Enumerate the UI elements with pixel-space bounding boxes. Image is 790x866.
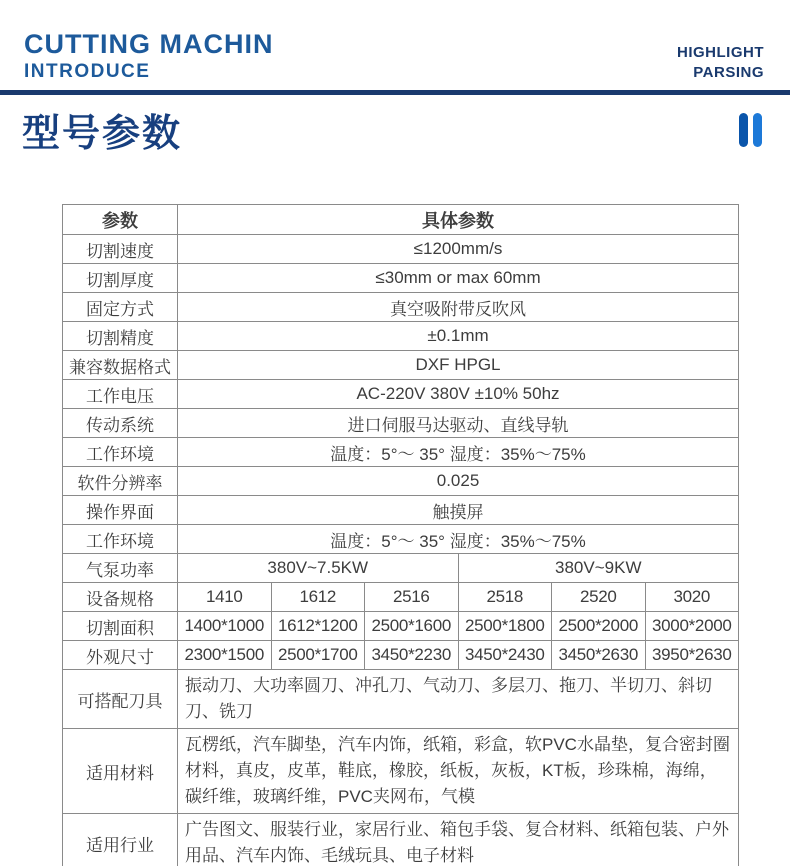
param-label-cell: 软件分辨率 <box>63 467 178 496</box>
materials-value-cell: 瓦楞纸，汽车脚垫，汽车内饰，纸箱，彩盒，软PVC水晶垫，复合密封圈材料，真皮，皮… <box>178 729 739 814</box>
param-label-cell: 可搭配刀具 <box>63 670 178 729</box>
param-header-cell: 参数 <box>63 205 178 235</box>
table-header-row: 参数 具体参数 <box>63 205 739 235</box>
header-subtitle: INTRODUCE <box>24 61 273 83</box>
table-row: 切割精度 ±0.1mm <box>63 322 739 351</box>
value-header-cell: 具体参数 <box>178 205 739 235</box>
header-left: CUTTING MACHIN INTRODUCE <box>24 30 273 83</box>
param-label-cell: 外观尺寸 <box>63 641 178 670</box>
spec-cell: 3000*2000 <box>645 612 739 641</box>
param-label-cell: 气泵功率 <box>63 554 178 583</box>
param-value-cell: ±0.1mm <box>178 322 739 351</box>
param-label-cell: 切割厚度 <box>63 264 178 293</box>
spec-cell: 3020 <box>645 583 739 612</box>
pause-icon <box>739 113 764 147</box>
param-value-cell: DXF HPGL <box>178 351 739 380</box>
table-row: 固定方式 真空吸附带反吹风 <box>63 293 739 322</box>
param-label-cell: 固定方式 <box>63 293 178 322</box>
param-label-cell: 适用行业 <box>63 814 178 866</box>
spec-cell: 1612*1200 <box>271 612 365 641</box>
table-row: 工作电压 AC-220V 380V ±10% 50hz <box>63 380 739 409</box>
spec-cell: 2500*1600 <box>365 612 459 641</box>
header-right-line2: PARSING <box>677 63 764 83</box>
param-value-cell: 触摸屏 <box>178 496 739 525</box>
pump-left-cell: 380V~7.5KW <box>178 554 459 583</box>
spec-cell: 3950*2630 <box>645 641 739 670</box>
table-row: 软件分辨率 0.025 <box>63 467 739 496</box>
spec-cell: 3450*2230 <box>365 641 459 670</box>
spec-cell: 1410 <box>178 583 272 612</box>
pump-right-cell: 380V~9KW <box>458 554 739 583</box>
param-value-cell: 0.025 <box>178 467 739 496</box>
param-label-cell: 切割速度 <box>63 235 178 264</box>
table-row: 工作环境 温度：5°～ 35° 湿度：35%～75% <box>63 438 739 467</box>
section-title: 型号参数 <box>22 102 182 157</box>
param-value-cell: 温度：5°～ 35° 湿度：35%～75% <box>178 438 739 467</box>
param-label-cell: 传动系统 <box>63 409 178 438</box>
spec-cell: 2500*1800 <box>458 612 552 641</box>
param-value-cell: 温度：5°～ 35° 湿度：35%～75% <box>178 525 739 554</box>
table-row: 切割厚度 ≤30mm or max 60mm <box>63 264 739 293</box>
pause-bar-right <box>753 113 762 147</box>
table-row: 传动系统 进口伺服马达驱动、直线导轨 <box>63 409 739 438</box>
param-label-cell: 适用材料 <box>63 729 178 814</box>
param-label-cell: 切割精度 <box>63 322 178 351</box>
spec-cell: 2500*2000 <box>552 612 646 641</box>
param-label-cell: 工作环境 <box>63 438 178 467</box>
param-label-cell: 工作环境 <box>63 525 178 554</box>
spec-cell: 2520 <box>552 583 646 612</box>
table-row: 兼容数据格式 DXF HPGL <box>63 351 739 380</box>
param-label-cell: 操作界面 <box>63 496 178 525</box>
param-label-cell: 工作电压 <box>63 380 178 409</box>
table-row: 操作界面 触摸屏 <box>63 496 739 525</box>
param-value-cell: AC-220V 380V ±10% 50hz <box>178 380 739 409</box>
param-label-cell: 兼容数据格式 <box>63 351 178 380</box>
model-spec-row: 设备规格 1410 1612 2516 2518 2520 3020 <box>63 583 739 612</box>
cutting-area-row: 切割面积 1400*1000 1612*1200 2500*1600 2500*… <box>63 612 739 641</box>
header-right: HIGHLIGHT PARSING <box>677 43 764 84</box>
param-value-cell: 真空吸附带反吹风 <box>178 293 739 322</box>
param-value-cell: ≤1200mm/s <box>178 235 739 264</box>
page-header: CUTTING MACHIN INTRODUCE HIGHLIGHT PARSI… <box>0 0 790 90</box>
pump-power-row: 气泵功率 380V~7.5KW 380V~9KW <box>63 554 739 583</box>
param-value-cell: ≤30mm or max 60mm <box>178 264 739 293</box>
spec-cell: 3450*2630 <box>552 641 646 670</box>
materials-row: 适用材料 瓦楞纸，汽车脚垫，汽车内饰，纸箱，彩盒，软PVC水晶垫，复合密封圈材料… <box>63 729 739 814</box>
param-label-cell: 设备规格 <box>63 583 178 612</box>
header-right-line1: HIGHLIGHT <box>677 43 764 63</box>
header-title: CUTTING MACHIN <box>24 30 273 58</box>
spec-cell: 1400*1000 <box>178 612 272 641</box>
industries-value-cell: 广告图文、服装行业，家居行业、箱包手袋、复合材料、纸箱包装、户外用品、汽车内饰、… <box>178 814 739 866</box>
spec-cell: 2516 <box>365 583 459 612</box>
section-title-row: 型号参数 <box>0 95 790 157</box>
spec-cell: 3450*2430 <box>458 641 552 670</box>
blades-value-cell: 振动刀、大功率圆刀、冲孔刀、气动刀、多层刀、拖刀、半切刀、斜切刀、铣刀 <box>178 670 739 729</box>
blades-row: 可搭配刀具 振动刀、大功率圆刀、冲孔刀、气动刀、多层刀、拖刀、半切刀、斜切刀、铣… <box>63 670 739 729</box>
table-row: 切割速度 ≤1200mm/s <box>63 235 739 264</box>
param-label-cell: 切割面积 <box>63 612 178 641</box>
spec-cell: 2500*1700 <box>271 641 365 670</box>
param-value-cell: 进口伺服马达驱动、直线导轨 <box>178 409 739 438</box>
page: CUTTING MACHIN INTRODUCE HIGHLIGHT PARSI… <box>0 0 790 866</box>
spec-cell: 1612 <box>271 583 365 612</box>
spec-cell: 2518 <box>458 583 552 612</box>
outer-size-row: 外观尺寸 2300*1500 2500*1700 3450*2230 3450*… <box>63 641 739 670</box>
pause-bar-left <box>739 113 748 147</box>
industries-row: 适用行业 广告图文、服装行业，家居行业、箱包手袋、复合材料、纸箱包装、户外用品、… <box>63 814 739 866</box>
spec-table: 参数 具体参数 切割速度 ≤1200mm/s 切割厚度 ≤30mm or max… <box>62 204 739 866</box>
spec-cell: 2300*1500 <box>178 641 272 670</box>
table-row: 工作环境 温度：5°～ 35° 湿度：35%～75% <box>63 525 739 554</box>
